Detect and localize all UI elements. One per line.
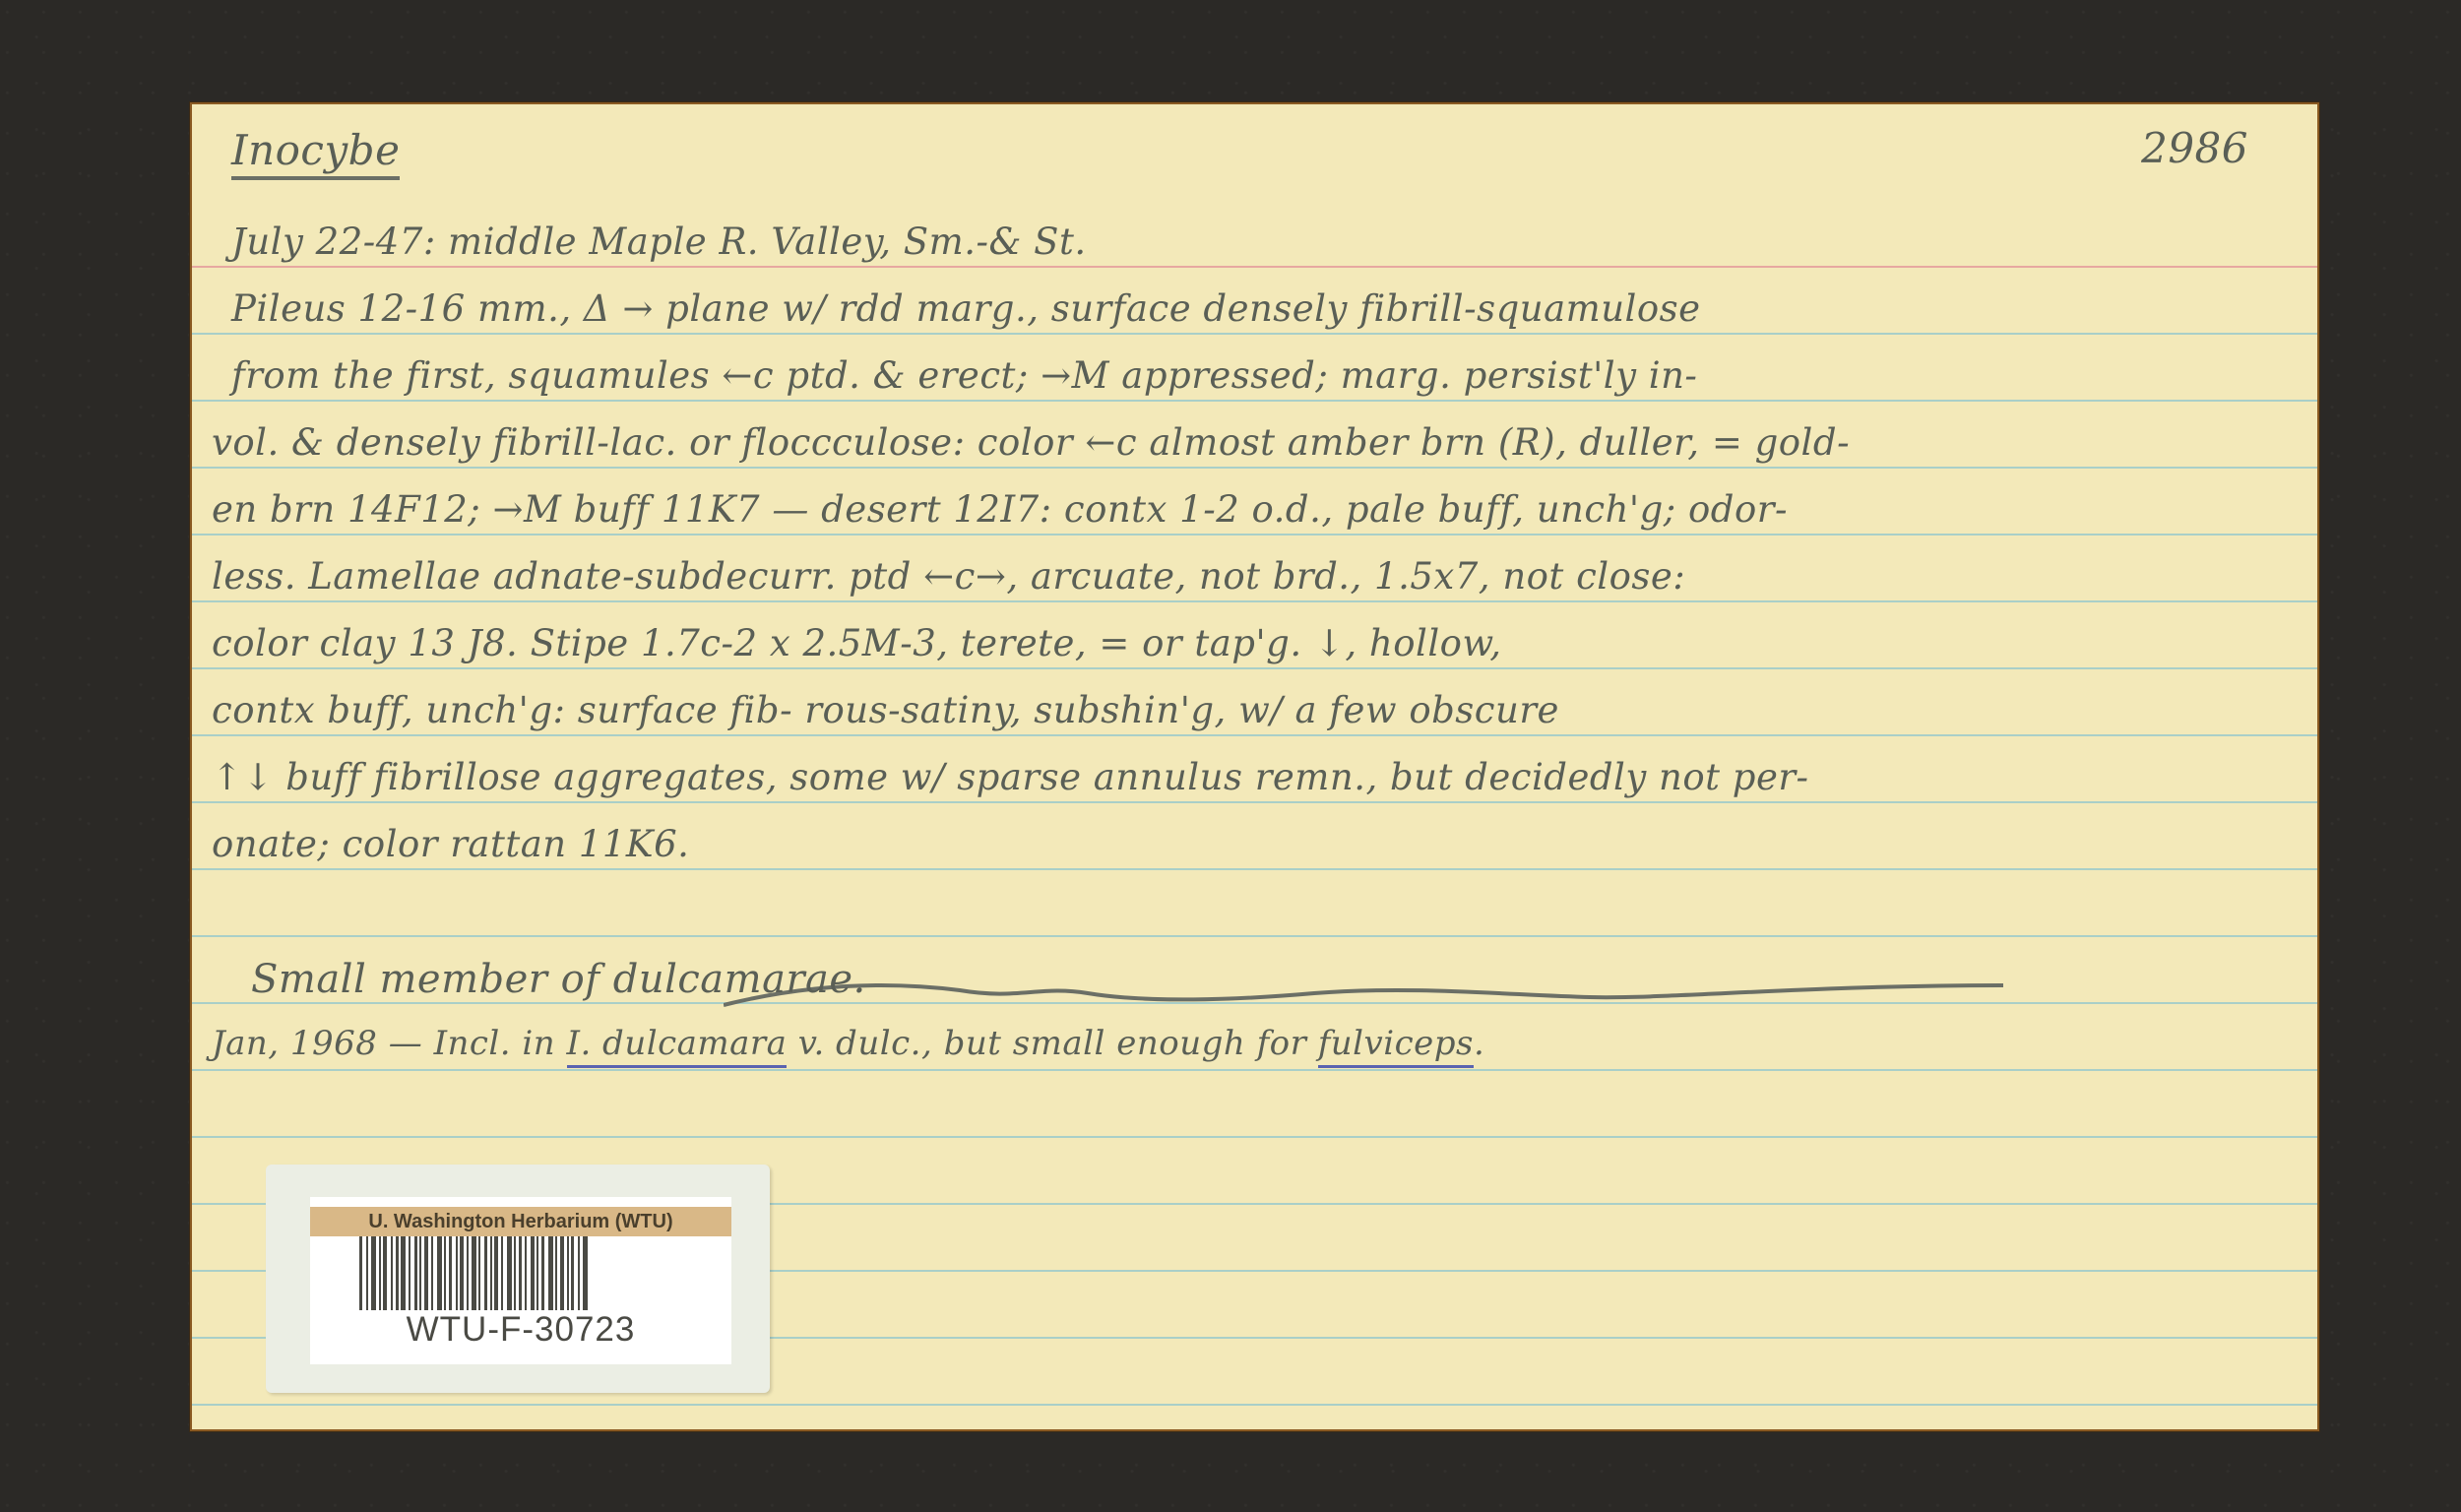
index-card: Inocybe 2986 July 22-47: middle Maple R.…	[190, 102, 2319, 1431]
blue-rule-line	[192, 1069, 2317, 1071]
genus-heading-text: Inocybe	[231, 126, 400, 180]
annotation-date: Jan, 1968 —	[212, 1024, 422, 1063]
blue-rule-line	[192, 868, 2317, 870]
catalog-number: WTU-F-30723	[310, 1310, 731, 1350]
description-line: contx buff, unch'g: surface fib- rous-sa…	[212, 689, 1559, 731]
annotation-text: but small enough for	[944, 1024, 1307, 1063]
institution-name: U. Washington Herbarium (WTU)	[310, 1207, 731, 1236]
blue-rule-line	[192, 600, 2317, 602]
summary-text: Small member of dulcamarae.	[251, 957, 866, 1002]
blue-rule-line	[192, 467, 2317, 469]
annotation-variety: v. dulc.,	[798, 1024, 932, 1063]
collection-line: July 22-47: middle Maple R. Valley, Sm.-…	[231, 220, 1087, 263]
description-line: ↑↓ buff fibrillose aggregates, some w/ s…	[212, 756, 1809, 798]
revision-annotation: Jan, 1968 — Incl. in I. dulcamara v. dul…	[212, 1024, 1484, 1063]
summary-line: Small member of dulcamarae.	[251, 957, 866, 1002]
description-line: onate; color rattan 11K6.	[212, 823, 689, 865]
blue-rule-line	[192, 534, 2317, 535]
wavy-divider	[724, 976, 2003, 1015]
blue-rule-line	[192, 667, 2317, 669]
card-number: 2986	[2141, 124, 2248, 172]
annotation-species: I. dulcamara	[567, 1024, 788, 1068]
description-line: Pileus 12-16 mm., Δ → plane w/ rdd marg.…	[231, 287, 1701, 330]
description-line: less. Lamellae adnate-subdecurr. ptd ←c→…	[212, 555, 1685, 598]
blue-rule-line	[192, 935, 2317, 937]
barcode-label: U. Washington Herbarium (WTU)	[266, 1165, 770, 1393]
blue-rule-line	[192, 400, 2317, 402]
annotation-end: .	[1474, 1024, 1484, 1063]
annotation-alt-species: fulviceps	[1318, 1024, 1474, 1068]
blue-rule-line	[192, 333, 2317, 335]
genus-heading: Inocybe	[231, 126, 400, 174]
red-rule-line	[192, 266, 2317, 268]
annotation-text: Incl. in	[434, 1024, 556, 1063]
description-line: color clay 13 J8. Stipe 1.7c-2 x 2.5M-3,…	[212, 622, 1501, 664]
barcode-label-inner: U. Washington Herbarium (WTU)	[310, 1197, 731, 1364]
description-line: vol. & densely fibrill-lac. or floccculo…	[212, 421, 1850, 464]
description-line: from the first, squamules ←c ptd. & erec…	[231, 354, 1697, 397]
barcode-icon	[359, 1236, 684, 1310]
blue-rule-line	[192, 734, 2317, 736]
description-line: en brn 14F12; →M buff 11K7 — desert 12I7…	[212, 488, 1788, 531]
blue-rule-line	[192, 1136, 2317, 1138]
blue-rule-line	[192, 801, 2317, 803]
blue-rule-line	[192, 1404, 2317, 1406]
